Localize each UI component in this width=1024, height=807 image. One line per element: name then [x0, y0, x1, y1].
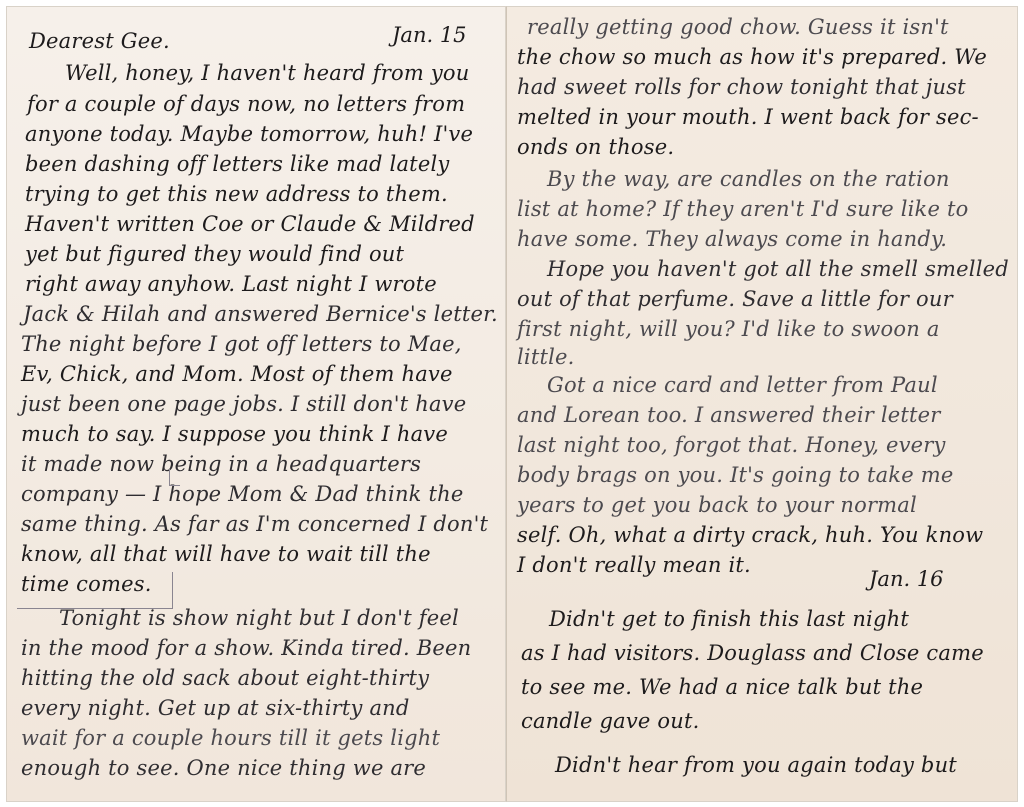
letter-line: had sweet rolls for chow tonight that ju… — [517, 73, 1017, 101]
letter-line: little. — [517, 343, 1017, 371]
letter-line: onds on those. — [517, 133, 1017, 161]
letter-line: body brags on you. It's going to take me — [517, 461, 1017, 489]
letter-line: Well, honey, I haven't heard from you — [65, 59, 505, 87]
letter-line: hitting the old sack about eight-thirty — [21, 664, 505, 692]
letter-line: Haven't written Coe or Claude & Mildred — [25, 210, 505, 238]
letter-line: candle gave out. — [521, 707, 1017, 735]
date-jan-15: Jan. 15 — [392, 23, 467, 47]
letter-line: Didn't get to finish this last night — [549, 605, 1017, 633]
letter-line: in the mood for a show. Kinda tired. Bee… — [21, 634, 505, 662]
letter-line: and Lorean too. I answered their letter — [517, 401, 1017, 429]
letter-line: same thing. As far as I'm concerned I do… — [21, 510, 505, 538]
letter-line: every night. Get up at six-thirty and — [21, 694, 505, 722]
letter-line: company — I hope Mom & Dad think the — [21, 480, 505, 508]
letter-line: Hope you haven't got all the smell smell… — [547, 255, 1017, 283]
letter-line: melted in your mouth. I went back for se… — [517, 103, 1017, 131]
letter-line: to see me. We had a nice talk but the — [521, 673, 1017, 701]
letter-line: yet but figured they would find out — [25, 240, 505, 268]
letter-line: it made now being in a headquarters — [21, 450, 505, 478]
letter-line: Jack & Hilah and answered Bernice's lett… — [23, 300, 505, 328]
letter-line: know, all that will have to wait till th… — [21, 540, 505, 568]
letter-line: Ev, Chick, and Mom. Most of them have — [21, 360, 505, 388]
letter-line: Got a nice card and letter from Paul — [547, 371, 1017, 399]
letter-line: Didn't hear from you again today but — [555, 751, 1017, 779]
pencil-bracket-mark — [169, 469, 180, 486]
date-jan-16: Jan. 16 — [869, 567, 944, 591]
letter-line: By the way, are candles on the ration — [547, 165, 1017, 193]
letter-line: have some. They always come in handy. — [517, 225, 1017, 253]
letter-line: been dashing off letters like mad lately — [25, 150, 505, 178]
letter-line: really getting good chow. Guess it isn't — [527, 13, 1017, 41]
letter-line: self. Oh, what a dirty crack, huh. You k… — [517, 521, 1017, 549]
letter-line: last night too, forgot that. Honey, ever… — [517, 431, 1017, 459]
letter-line: for a couple of days now, no letters fro… — [27, 90, 505, 118]
letter-line: years to get you back to your normal — [517, 491, 1017, 519]
letter-line: right away anyhow. Last night I wrote — [25, 270, 505, 298]
letter-line: trying to get this new address to them. — [25, 180, 505, 208]
letter-line: out of that perfume. Save a little for o… — [517, 285, 1017, 313]
letter-line: anyone today. Maybe tomorrow, huh! I've — [25, 120, 505, 148]
letter-line: enough to see. One nice thing we are — [21, 754, 505, 782]
letter-line: The night before I got off letters to Ma… — [21, 330, 505, 358]
letter-line: first night, will you? I'd like to swoon… — [517, 315, 1017, 343]
letter-line: wait for a couple hours till it gets lig… — [21, 724, 505, 752]
letter-line: as I had visitors. Douglass and Close ca… — [521, 639, 1017, 667]
letter-page-right: really getting good chow. Guess it isn't… — [506, 6, 1018, 802]
letter-line: Tonight is show night but I don't feel — [59, 604, 505, 632]
letter-line: much to say. I suppose you think I have — [21, 420, 505, 448]
letter-page-left: Dearest Gee. Jan. 15 Well, honey, I have… — [6, 6, 506, 802]
letter-line: just been one page jobs. I still don't h… — [21, 390, 505, 418]
letter-line: the chow so much as how it's prepared. W… — [517, 43, 1017, 71]
letter-line: list at home? If they aren't I'd sure li… — [517, 195, 1017, 223]
